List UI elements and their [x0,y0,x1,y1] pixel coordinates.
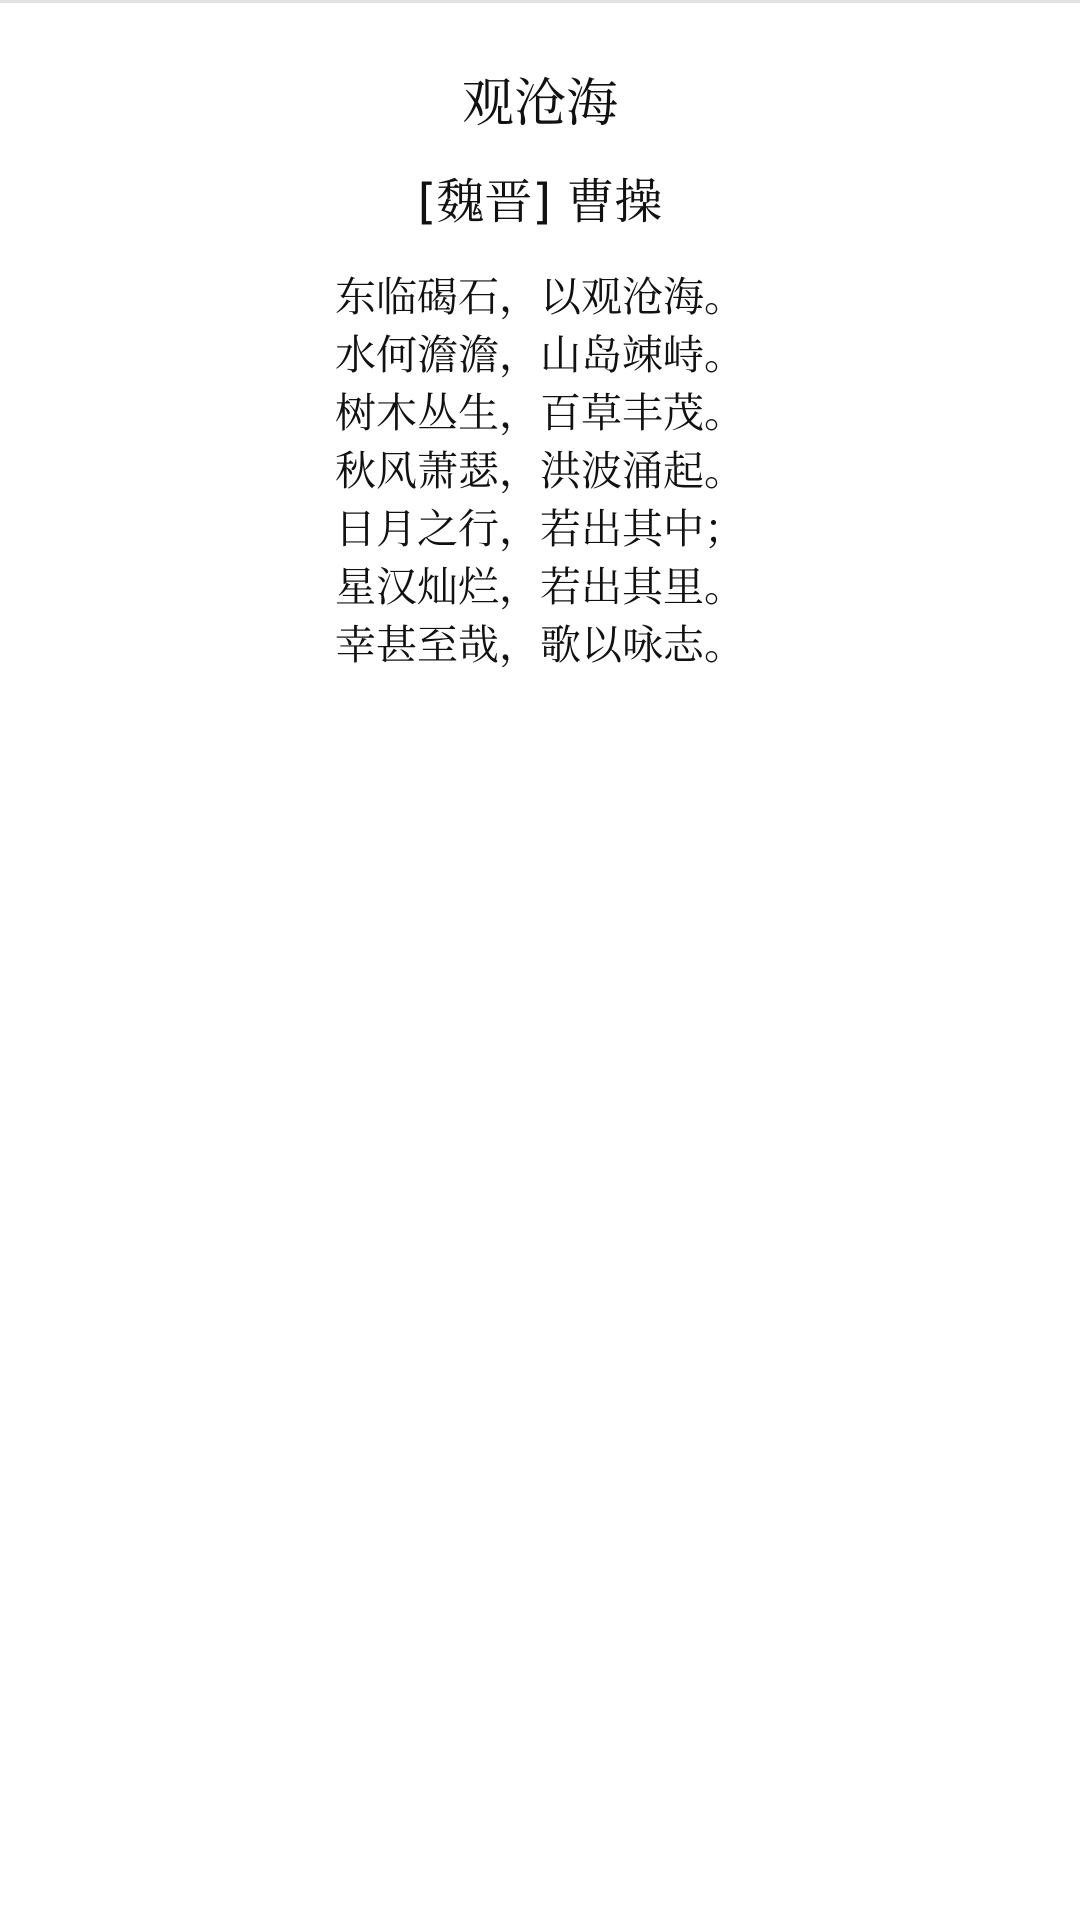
poem-line: 星汉灿烂，若出其里。 [0,558,1080,616]
poem-line: 日月之行，若出其中； [0,500,1080,558]
top-progress-bar [0,0,1080,3]
poem-line: 东临碣石，以观沧海。 [0,268,1080,326]
poem-line: 幸甚至哉，歌以咏志。 [0,616,1080,674]
poem-line: 树木丛生，百草丰茂。 [0,384,1080,442]
poem-title: 观沧海 [0,70,1080,138]
poem-line: 秋风萧瑟，洪波涌起。 [0,442,1080,500]
poem-author: [魏晋] 曹操 [0,170,1080,234]
poem-line: 水何澹澹，山岛竦峙。 [0,326,1080,384]
poem-lines: 东临碣石，以观沧海。 水何澹澹，山岛竦峙。 树木丛生，百草丰茂。 秋风萧瑟，洪波… [0,268,1080,674]
